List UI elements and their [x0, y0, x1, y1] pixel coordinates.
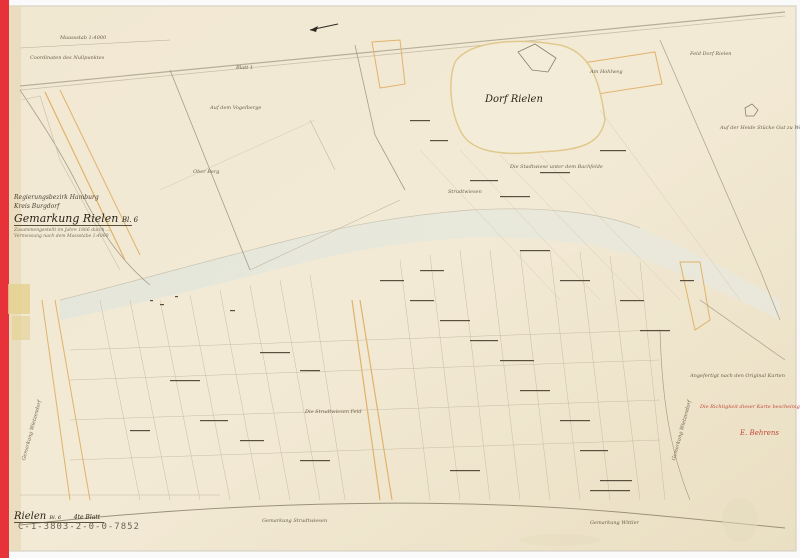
label-scale-note: Maassstab 1:4000 — [60, 36, 106, 41]
footer-page: 4te Blatt — [74, 514, 100, 521]
label-field-upper: Auf dem Vogelberge — [210, 106, 261, 111]
label-right-top-note: Feld Dorf Rielen — [690, 52, 732, 57]
label-right-certification: Die Richtigkeit dieser Karte bescheinigt — [700, 405, 800, 410]
title-block: Regierungsbezirk Hamburg Kreis Burgdorf … — [14, 195, 132, 240]
title-line-3: Gemarkung Rielen Bl. 6 — [14, 213, 132, 226]
footer-block: Rielen Bl. 6 4te Blatt — [14, 506, 104, 522]
label-emblem-note: Auf der Heide Stücke Gut zu Wege — [720, 126, 800, 131]
label-right-note-upper: Angefertigt nach den Original Karten — [690, 374, 785, 379]
catalog-code: C-1-3803-2-0-0-7852 — [18, 522, 140, 532]
label-gemarkung-bottom-right: Gemarkung Wittler — [590, 521, 639, 526]
title-line-2: Kreis Burgdorf — [14, 204, 132, 210]
cadastral-map-sheet: Blatt 1 Maassstab 1:4000 Coordinaten des… — [0, 0, 800, 558]
label-top-sheet-ref: Blatt 1 — [236, 66, 253, 71]
footer-place-name: Rielen — [14, 511, 46, 522]
label-gemarkung-bottom-left: Gemarkung Strudtwiesen — [262, 519, 327, 524]
title-gemarkung: Gemarkung Rielen — [14, 212, 118, 225]
title-line-1: Regierungsbezirk Hamburg — [14, 195, 132, 201]
label-field-right-mid: Die Stadtwiese unter dem Bachfelde — [510, 165, 603, 170]
label-field-right-top: Am Hohlweg — [590, 70, 623, 75]
label-field-center: Strudtwiesen — [448, 190, 482, 195]
label-village: Dorf Rielen — [485, 95, 543, 105]
red-edge-strip — [0, 0, 9, 558]
footer-sheet-label: Bl. 6 — [49, 515, 61, 521]
map-canvas — [0, 0, 800, 558]
title-note: Zusammengestellt im Jahre 1866 durch ...… — [14, 228, 132, 240]
title-sheet-suffix: Bl. 6 — [122, 216, 138, 224]
label-right-signature: E. Behrens — [740, 430, 779, 437]
label-coords-note: Coordinaten des Nullpunktes — [30, 56, 104, 61]
label-field-left: Ober Berg — [193, 170, 219, 175]
label-field-middle: Die Strudtwiesen Feld — [305, 410, 362, 415]
